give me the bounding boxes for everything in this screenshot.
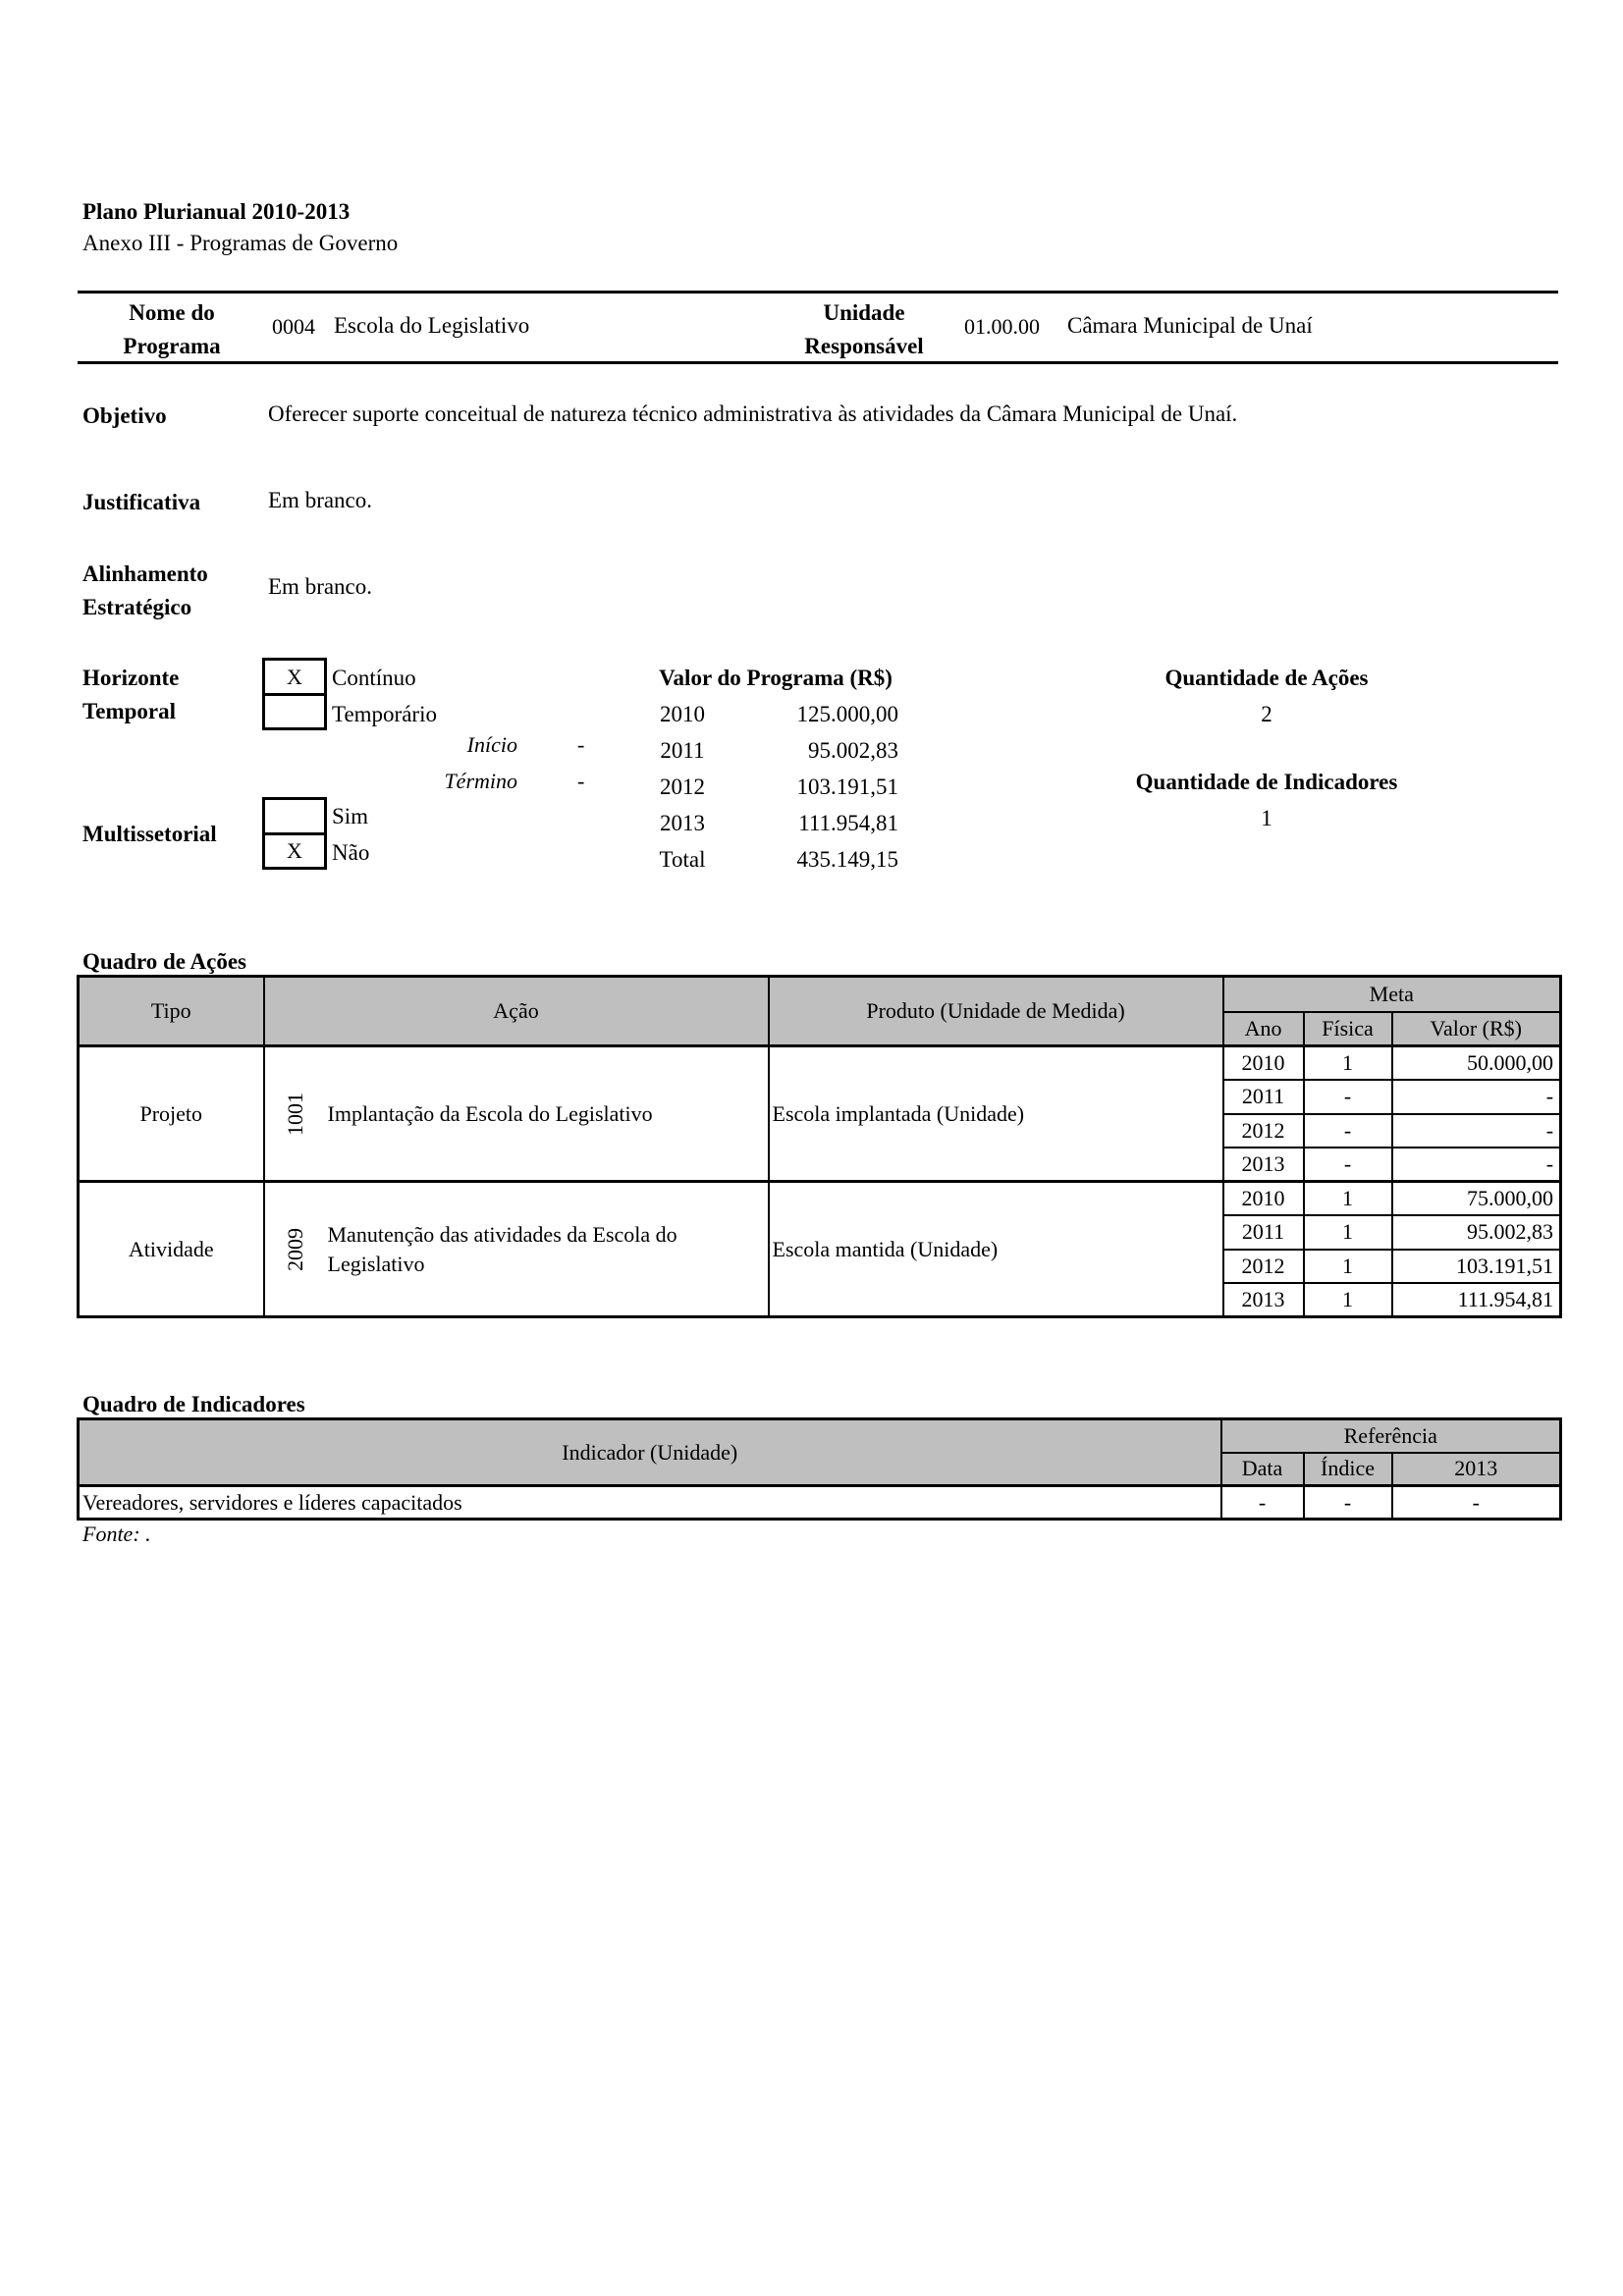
objetivo-text: Oferecer suporte conceitual de natureza … [268,400,1237,427]
valor-programa-title: Valor do Programa (R$) [628,665,923,691]
meta-ano: 2010 [1223,1046,1304,1081]
acao-name: Manutenção das atividades da Escola do L… [326,1182,769,1317]
quadro-acoes-title: Quadro de Ações [82,948,246,975]
acao-code: 1001 [264,1046,326,1182]
option-sim-label: Sim [332,803,368,829]
meta-ano: 2012 [1223,1250,1304,1284]
meta-valor: 75.000,00 [1392,1182,1561,1216]
checkbox-continuo[interactable]: X [262,658,327,696]
valor-programa-value: 125.000,00 [746,701,898,727]
valor-programa-value: 111.954,81 [746,810,898,836]
meta-fisica: - [1304,1080,1392,1114]
horizonte-label: Horizonte Temporal [82,662,179,728]
valor-programa-year: Total [643,846,722,873]
qtd-acoes-label: Quantidade de Ações [1060,665,1473,691]
meta-ano: 2011 [1223,1215,1304,1250]
quadro-acoes-table: Tipo Ação Produto (Unidade de Medida) Me… [77,975,1562,1318]
quadro-indicadores-title: Quadro de Indicadores [82,1391,305,1417]
termino-label: Término [393,769,517,794]
header-ano: Ano [1223,1012,1304,1046]
acao-code: 2009 [264,1182,326,1317]
acao-name: Implantação da Escola do Legislativo [326,1046,769,1182]
meta-valor: 111.954,81 [1392,1283,1561,1317]
program-name-label-line2: Programa [93,330,250,363]
multissetorial-label: Multissetorial [82,821,217,847]
program-name-label-line1: Nome do [93,296,250,330]
header-meta: Meta [1223,977,1561,1012]
checkbox-continuo-mark: X [287,665,302,690]
acao-code-text: 2009 [283,1228,308,1271]
meta-valor: 103.191,51 [1392,1250,1561,1284]
header-tipo: Tipo [79,977,264,1046]
alinhamento-label-line1: Alinhamento [82,558,208,591]
checkbox-temporario[interactable] [262,693,327,730]
inicio-value: - [577,732,584,758]
valor-programa-value: 435.149,15 [746,846,898,873]
valor-programa-year: 2010 [643,701,722,727]
valor-programa-year: 2011 [643,737,722,764]
acao-tipo: Projeto [79,1046,264,1182]
checkbox-nao[interactable]: X [262,832,327,870]
alinhamento-text: Em branco. [268,573,372,600]
meta-valor: 50.000,00 [1392,1046,1561,1081]
meta-fisica: 1 [1304,1215,1392,1250]
justificativa-label: Justificativa [82,489,200,515]
top-rule [78,291,1558,294]
meta-valor: - [1392,1148,1561,1182]
header-fisica: Física [1304,1012,1392,1046]
header-data: Data [1221,1453,1304,1486]
acao-produto: Escola implantada (Unidade) [769,1046,1223,1182]
qtd-indicadores-value: 1 [1060,805,1473,831]
header-ano-2013: 2013 [1392,1453,1561,1486]
meta-fisica: - [1304,1148,1392,1182]
inicio-label: Início [393,732,517,758]
alinhamento-label-line2: Estratégico [82,591,208,624]
indicador-data: - [1221,1486,1304,1520]
header-indice: Índice [1304,1453,1392,1486]
justificativa-text: Em branco. [268,487,372,513]
termino-value: - [577,769,584,794]
meta-fisica: 1 [1304,1046,1392,1081]
meta-ano: 2012 [1223,1114,1304,1148]
meta-valor: 95.002,83 [1392,1215,1561,1250]
valor-programa-value: 103.191,51 [746,774,898,800]
meta-ano: 2010 [1223,1182,1304,1216]
indicador-name: Vereadores, servidores e líderes capacit… [79,1486,1221,1520]
checkbox-nao-mark: X [287,838,302,864]
option-temporario-label: Temporário [332,701,437,727]
horizonte-label-line2: Temporal [82,695,179,728]
valor-programa-year: 2012 [643,774,722,800]
bottom-rule [78,361,1558,364]
qtd-acoes-value: 2 [1060,701,1473,727]
acao-tipo: Atividade [79,1182,264,1317]
document-title: Plano Plurianual 2010-2013 [82,198,350,225]
unit-code: 01.00.00 [964,314,1040,340]
document-subtitle: Anexo III - Programas de Governo [82,230,398,256]
header-acao: Ação [264,977,769,1046]
unit-label: Unidade Responsável [776,296,952,363]
valor-programa-value: 95.002,83 [746,737,898,764]
acao-code-text: 1001 [283,1093,308,1136]
unit-label-line1: Unidade [776,296,952,330]
header-valor: Valor (R$) [1392,1012,1561,1046]
unit-name: Câmara Municipal de Unaí [1067,312,1313,339]
header-indicador: Indicador (Unidade) [79,1419,1221,1486]
unit-label-line2: Responsável [776,330,952,363]
header-produto: Produto (Unidade de Medida) [769,977,1223,1046]
meta-ano: 2011 [1223,1080,1304,1114]
table-row: Projeto1001Implantação da Escola do Legi… [79,1046,1561,1081]
meta-ano: 2013 [1223,1148,1304,1182]
indicador-indice: - [1304,1486,1392,1520]
option-continuo-label: Contínuo [332,665,416,691]
program-name: Escola do Legislativo [334,312,529,339]
program-name-label: Nome do Programa [93,296,250,363]
acao-produto: Escola mantida (Unidade) [769,1182,1223,1317]
objetivo-label: Objetivo [82,402,167,429]
qtd-indicadores-label: Quantidade de Indicadores [1060,769,1473,795]
checkbox-sim[interactable] [262,797,327,835]
table-row: Vereadores, servidores e líderes capacit… [79,1486,1561,1520]
table-row: Atividade2009Manutenção das atividades d… [79,1182,1561,1216]
alinhamento-label: Alinhamento Estratégico [82,558,208,624]
indicador-2013: - [1392,1486,1561,1520]
meta-fisica: 1 [1304,1283,1392,1317]
horizonte-label-line1: Horizonte [82,662,179,695]
meta-valor: - [1392,1080,1561,1114]
fonte-note: Fonte: . [82,1522,151,1547]
valor-programa-year: 2013 [643,810,722,836]
header-referencia: Referência [1221,1419,1561,1453]
option-nao-label: Não [332,839,369,866]
meta-fisica: 1 [1304,1250,1392,1284]
meta-fisica: 1 [1304,1182,1392,1216]
program-code: 0004 [272,314,315,340]
meta-valor: - [1392,1114,1561,1148]
meta-fisica: - [1304,1114,1392,1148]
meta-ano: 2013 [1223,1283,1304,1317]
quadro-indicadores-table: Indicador (Unidade) Referência Data Índi… [77,1417,1562,1521]
